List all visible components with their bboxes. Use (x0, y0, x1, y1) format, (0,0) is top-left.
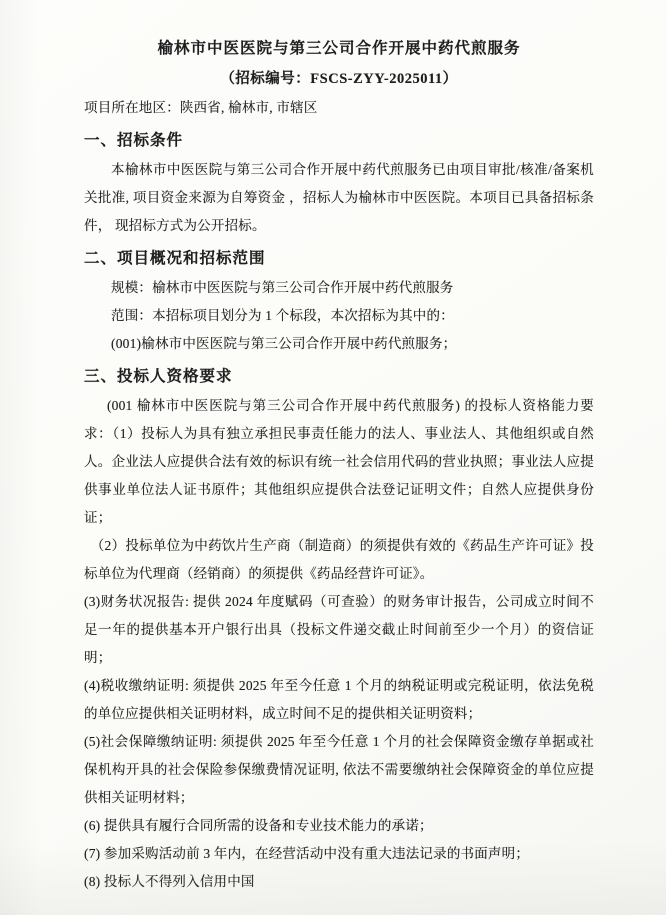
project-scale-line: 规模：榆林市中医医院与第三公司合作开展中药代煎服务 (84, 274, 594, 302)
qualification-req-7: (7) 参加采购活动前 3 年内，在经营活动中没有重大违法记录的书面声明； (84, 840, 594, 868)
qualification-req-1: (001 榆林市中医医院与第三公司合作开展中药代煎服务) 的投标人资格能力要求：… (84, 392, 594, 532)
project-location-line: 项目所在地区：陕西省, 榆林市, 市辖区 (84, 94, 594, 122)
qualification-req-6: (6) 提供具有履行合同所需的设备和专业技术能力的承诺； (84, 812, 594, 840)
qualification-req-2: （2）投标单位为中药饮片生产商（制造商）的须提供有效的《药品生产许可证》投标单位… (84, 532, 594, 588)
section-heading-bid-conditions: 一、招标条件 (84, 126, 594, 156)
scanned-tender-document-page: 榆林市中医医院与第三公司合作开展中药代煎服务 （招标编号：FSCS-ZYY-20… (0, 0, 666, 915)
qualification-req-5: (5)社会保障缴纳证明: 须提供 2025 年至今任意 1 个月的社会保障资金缴… (84, 728, 594, 812)
section-heading-bidder-qualifications: 三、投标人资格要求 (84, 362, 594, 392)
section-heading-project-overview: 二、项目概况和招标范围 (84, 244, 594, 274)
project-scope-line: 范围：本招标项目划分为 1 个标段，本次招标为其中的： (84, 302, 594, 330)
document-title: 榆林市中医医院与第三公司合作开展中药代煎服务 (84, 34, 594, 64)
bid-conditions-paragraph: 本榆林市中医医院与第三公司合作开展中药代煎服务已由项目审批/核准/备案机关批准,… (84, 156, 594, 240)
bid-number: （招标编号：FSCS-ZYY-2025011） (84, 64, 594, 94)
qualification-req-8: (8) 投标人不得列入信用中国 (84, 868, 594, 896)
qualification-req-3: (3)财务状况报告: 提供 2024 年度赋码（可查验）的财务审计报告，公司成立… (84, 588, 594, 672)
lot-001-line: (001)榆林市中医医院与第三公司合作开展中药代煎服务； (84, 330, 594, 358)
qualification-req-4: (4)税收缴纳证明: 须提供 2025 年至今任意 1 个月的纳税证明或完税证明… (84, 672, 594, 728)
